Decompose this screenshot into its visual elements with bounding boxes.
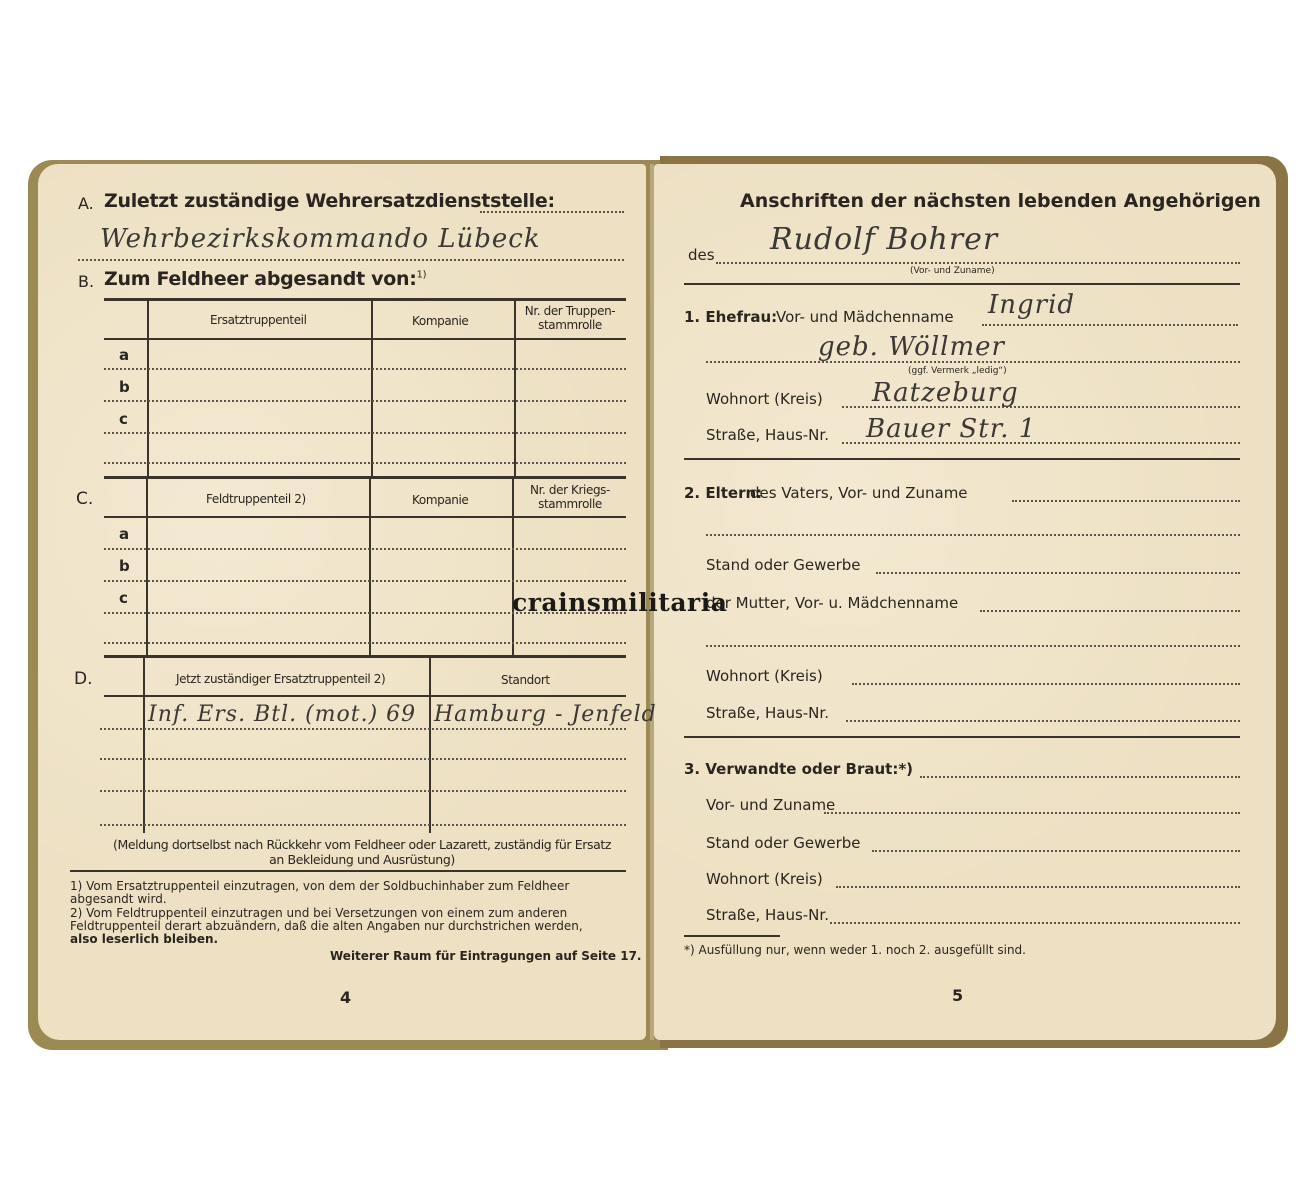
table-d-row-line[interactable] [100,758,626,760]
section-2-father-label: des Vaters, Vor- und Zuname [750,484,968,502]
table-c-row-key: c [119,589,128,607]
table-c-col-header: Feldtruppenteil 2) [206,492,306,506]
section-rule [684,283,1240,285]
table-c-row-line[interactable] [104,642,626,644]
table-d-header-rule [104,695,626,697]
section-2-father-dotline[interactable] [1012,500,1240,502]
watermark-text: crainsmilitaria [512,588,727,617]
section-a-handwritten-value[interactable]: Wehrbezirkskommando Lübeck [100,224,541,254]
table-c-divider [146,478,148,656]
table-b-row-line[interactable] [104,432,626,434]
section-1-residence-value[interactable]: Ratzeburg [872,378,1019,408]
section-2-street-dotline[interactable] [846,720,1240,722]
table-b-row-key: a [119,346,129,364]
section-1-street-value[interactable]: Bauer Str. 1 [866,414,1036,444]
section-2-occupation-dotline[interactable] [876,572,1240,574]
table-b-row-line[interactable] [104,400,626,402]
table-d-location-value[interactable]: Hamburg - Jenfeld [434,702,657,727]
section-d-letter: D. [74,669,93,689]
section-a-label: Zuletzt zuständige Wehrersatzdienststell… [104,190,555,212]
section-3-occupation-dotline[interactable] [872,850,1240,852]
table-c-divider [369,478,371,656]
footnote-2-line2: Feldtruppenteil derart abzuändern, daß d… [70,920,583,932]
section-a-dotline [480,211,624,213]
section-3-residence-dotline[interactable] [836,886,1240,888]
section-2-mother-dotline-2[interactable] [706,645,1240,647]
table-c-row-line[interactable] [104,548,626,550]
section-b-letter: B. [78,272,94,291]
table-c-row-line[interactable] [104,580,626,582]
table-b-row-line[interactable] [104,368,626,370]
table-b-row-key: c [119,410,128,428]
section-1-name-dotline [982,324,1238,326]
section-2-residence-label: Wohnort (Kreis) [706,667,823,685]
footnote-2-line3: also leserlich bleiben. [70,933,218,945]
table-c-col-header: Kompanie [412,493,468,507]
table-b-divider [371,299,373,476]
more-space-note: Weiterer Raum für Eintragungen auf Seite… [330,950,641,962]
section-a-dotline-2 [78,259,624,261]
right-page-title: Anschriften der nächsten lebenden Angehö… [740,190,1261,212]
section-2-mother-label: der Mutter, Vor- u. Mädchenname [706,594,958,612]
section-1-label: 1. Ehefrau: [684,308,777,326]
table-b-col-header: Kompanie [412,314,468,328]
table-d-divider [143,657,145,833]
table-c-row-key: b [119,557,130,575]
section-rule [684,458,1240,460]
section-b-label: Zum Feldheer abgesandt von:1) [104,268,426,290]
section-1-name-value[interactable]: Ingrid [988,290,1075,320]
section-2-father-dotline-2[interactable] [706,534,1240,536]
section-3-street-label: Straße, Haus-Nr. [706,906,829,924]
table-d-divider [429,657,431,833]
table-d-col-header: Jetzt zuständiger Ersatztruppenteil 2) [176,672,385,686]
section-3-name-label: Vor- und Zuname [706,796,835,814]
footnote-1-line1: 1) Vom Ersatztruppenteil einzutragen, vo… [70,880,626,892]
section-3-residence-label: Wohnort (Kreis) [706,870,823,888]
section-2-street-label: Straße, Haus-Nr. [706,704,829,722]
section-3-street-dotline[interactable] [830,922,1240,924]
table-b-bottom-rule [104,476,626,479]
table-d-row-line[interactable] [100,790,626,792]
section-2-mother-dotline[interactable] [980,610,1240,612]
right-footnote: *) Ausfüllung nur, wenn weder 1. noch 2.… [684,944,1026,956]
footnote-2-line1: 2) Vom Feldtruppenteil einzutragen und b… [70,907,567,919]
table-c-bottom-rule [104,655,626,658]
section-1-street-label: Straße, Haus-Nr. [706,426,829,444]
table-d-col-header: Standort [501,673,550,687]
page-number-right: 5 [952,986,963,1005]
section-rule [684,736,1240,738]
table-d-row-line[interactable] [100,728,626,730]
table-b-row-key: b [119,378,130,396]
footnote-separator [70,870,626,872]
table-b-divider [514,299,516,476]
table-c-row-key: a [119,525,129,543]
table-d-unit-value[interactable]: Inf. Ers. Btl. (mot.) 69 [148,702,416,727]
table-c-col-header: Nr. der Kriegs-stammrolle [518,483,622,511]
section-1-name-label: Vor- und Mädchenname [776,308,954,326]
table-b-top-rule [104,298,626,301]
section-3-occupation-label: Stand oder Gewerbe [706,834,861,852]
section-3-label: 3. Verwandte oder Braut:*) [684,760,913,778]
section-a-letter: A. [78,194,94,213]
section-3-dotline[interactable] [920,776,1240,778]
section-1-residence-label: Wohnort (Kreis) [706,390,823,408]
section-1-name-caption: (ggf. Vermerk „ledig“) [908,366,1007,376]
table-b-col-header: Ersatztruppenteil [210,313,307,327]
section-d-note-line2: an Bekleidung und Ausrüstung) [100,852,624,867]
section-1-name-value-line2[interactable]: geb. Wöllmer [818,332,1005,362]
section-2-residence-dotline[interactable] [852,683,1240,685]
page-number-left: 4 [340,988,351,1007]
section-1-name-dotline-2 [706,361,1240,363]
section-2-occupation-label: Stand oder Gewerbe [706,556,861,574]
table-c-divider [512,478,514,656]
section-d-note-line1: (Meldung dortselbst nach Rückkehr vom Fe… [100,837,624,852]
footnote-1-line2: abgesandt wird. [70,893,167,905]
section-b-footnote-ref: 1) [417,270,427,281]
footnote-separator [684,935,780,937]
des-handwritten-name[interactable]: Rudolf Bohrer [770,222,998,257]
table-d-row-line[interactable] [100,824,626,826]
table-b-header-rule [104,338,626,340]
section-3-name-dotline[interactable] [824,812,1240,814]
table-b-row-line[interactable] [104,462,626,464]
section-b-label-text: Zum Feldheer abgesandt von: [104,268,417,290]
des-dotline [716,262,1240,264]
table-c-header-rule [104,516,626,518]
table-b-col-header: Nr. der Truppen-stammrolle [520,304,620,332]
des-caption: (Vor- und Zuname) [910,266,995,276]
section-c-letter: C. [76,489,93,509]
des-label: des [688,246,715,264]
table-b-divider [147,299,149,476]
